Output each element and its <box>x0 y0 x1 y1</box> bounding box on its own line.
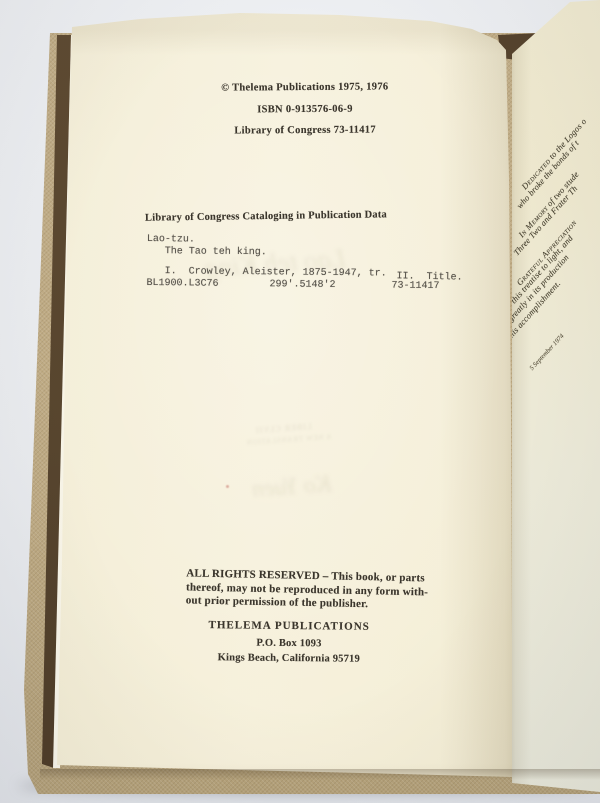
publisher-po-box: P.O. Box 1093 <box>139 636 439 650</box>
rights-line: out prior permission of the publisher. <box>186 594 436 613</box>
show-through-liber-line: LIBER CLVII <box>255 422 312 435</box>
cip-entry-line: I. Crowley, Aleister, 1875-1947, tr.II. … <box>147 266 463 281</box>
isbn-line: ISBN 0-913576-06-9 <box>150 102 460 115</box>
cip-entry-left: I. Crowley, Aleister, 1875-1947, tr. <box>147 266 387 280</box>
cip-typed-entry: Lao-tzu. The Tao teh king. I. Crowley, A… <box>146 234 463 293</box>
page-bottom-shadow <box>40 769 600 780</box>
show-through-title-script: Lao teh King <box>204 243 347 284</box>
cip-header: Library of Congress Cataloging in Public… <box>145 209 387 223</box>
dedication-line: Dedicated to the Logos o <box>519 116 588 191</box>
cip-author-line: Lao-tzu. <box>147 234 463 249</box>
dust-speck <box>226 485 229 488</box>
show-through-translation-line: A NEW TRANSLATION <box>246 433 332 447</box>
loc-number-line: Library of Congress 73-11417 <box>150 124 460 137</box>
rights-notice: ALL RIGHTS RESERVED – This book, or part… <box>186 567 437 613</box>
cip-dewey-number: 299'.5148'2 <box>269 279 391 292</box>
cip-title-line: The Tao teh king. <box>147 246 463 261</box>
cip-lccn: 73-11417 <box>391 281 439 293</box>
publisher-city: Kings Beach, California 95719 <box>139 651 439 665</box>
cip-spacer <box>147 258 463 269</box>
rights-line: ALL RIGHTS RESERVED – This book, or part… <box>186 567 436 586</box>
rights-line: thereof, may not be reproduced in any fo… <box>186 581 436 600</box>
copyright-line: © Thelema Publications 1975, 1976 <box>150 81 460 94</box>
publisher-block: THELEMA PUBLICATIONS P.O. Box 1093 Kings… <box>139 618 439 668</box>
cip-call-number: BL1900.L3C76 <box>146 278 269 291</box>
publisher-name: THELEMA PUBLICATIONS <box>139 618 439 633</box>
imprint-block: © Thelema Publications 1975, 1976 ISBN 0… <box>150 81 460 148</box>
show-through-signature: Ko Yuen <box>251 471 333 504</box>
photo-background: { "window": {"width": 600, "height": 803… <box>0 0 600 803</box>
dedication-date: 5 September 1974 <box>528 333 565 372</box>
cip-numbers-line: BL1900.L3C76299'.5148'273-11417 <box>146 278 462 293</box>
cip-entry-right: II. Title. <box>396 271 462 284</box>
